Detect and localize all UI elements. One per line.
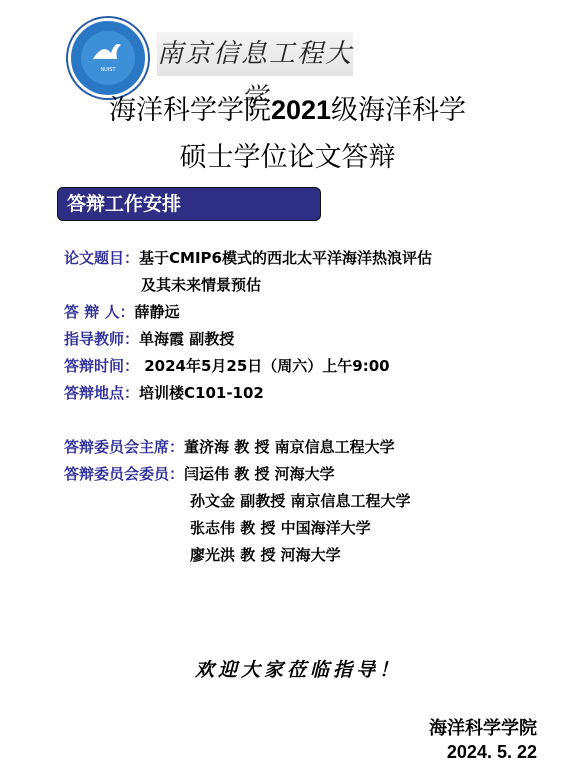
- detail-candidate: 答 辩 人：薛静远: [64, 302, 179, 322]
- detail-location: 答辩地点：培训楼C101-102: [64, 383, 264, 403]
- page-title-line1: 海洋科学学院2021级海洋科学: [0, 92, 575, 129]
- page-title-line2: 硕士学位论文答辩: [0, 140, 575, 176]
- university-name: 南京信息工程大学: [157, 32, 353, 76]
- wave-icon: [89, 39, 125, 65]
- detail-time: 答辩时间： 2024年5月25日（周六）上午9:00: [64, 356, 390, 376]
- committee-chair: 答辩委员会主席：董济海 教 授 南京信息工程大学: [64, 437, 395, 457]
- logo-abbr: NUIST: [71, 67, 145, 73]
- committee-member: 廖光洪 教 授 河海大学: [190, 545, 341, 565]
- signature-org: 海洋科学学院: [429, 714, 537, 740]
- committee-member: 答辩委员会委员：闫运伟 教 授 河海大学: [64, 464, 335, 484]
- committee-member: 孙文金 副教授 南京信息工程大学: [190, 491, 410, 511]
- detail-thesis-title-cont: 及其未来情景预估: [141, 275, 261, 295]
- detail-advisor: 指导教师：单海霞 副教授: [64, 329, 234, 349]
- detail-thesis-title: 论文题目：基于CMIP6模式的西北太平洋海洋热浪评估: [64, 248, 432, 268]
- signature-date: 2024. 5. 22: [447, 742, 537, 763]
- section-heading: 答辩工作安排: [57, 187, 321, 221]
- school-logo: NUIST: [68, 18, 148, 98]
- committee-member: 张志伟 教 授 中国海洋大学: [190, 518, 371, 538]
- welcome-message: 欢迎大家莅临指导！: [195, 655, 402, 682]
